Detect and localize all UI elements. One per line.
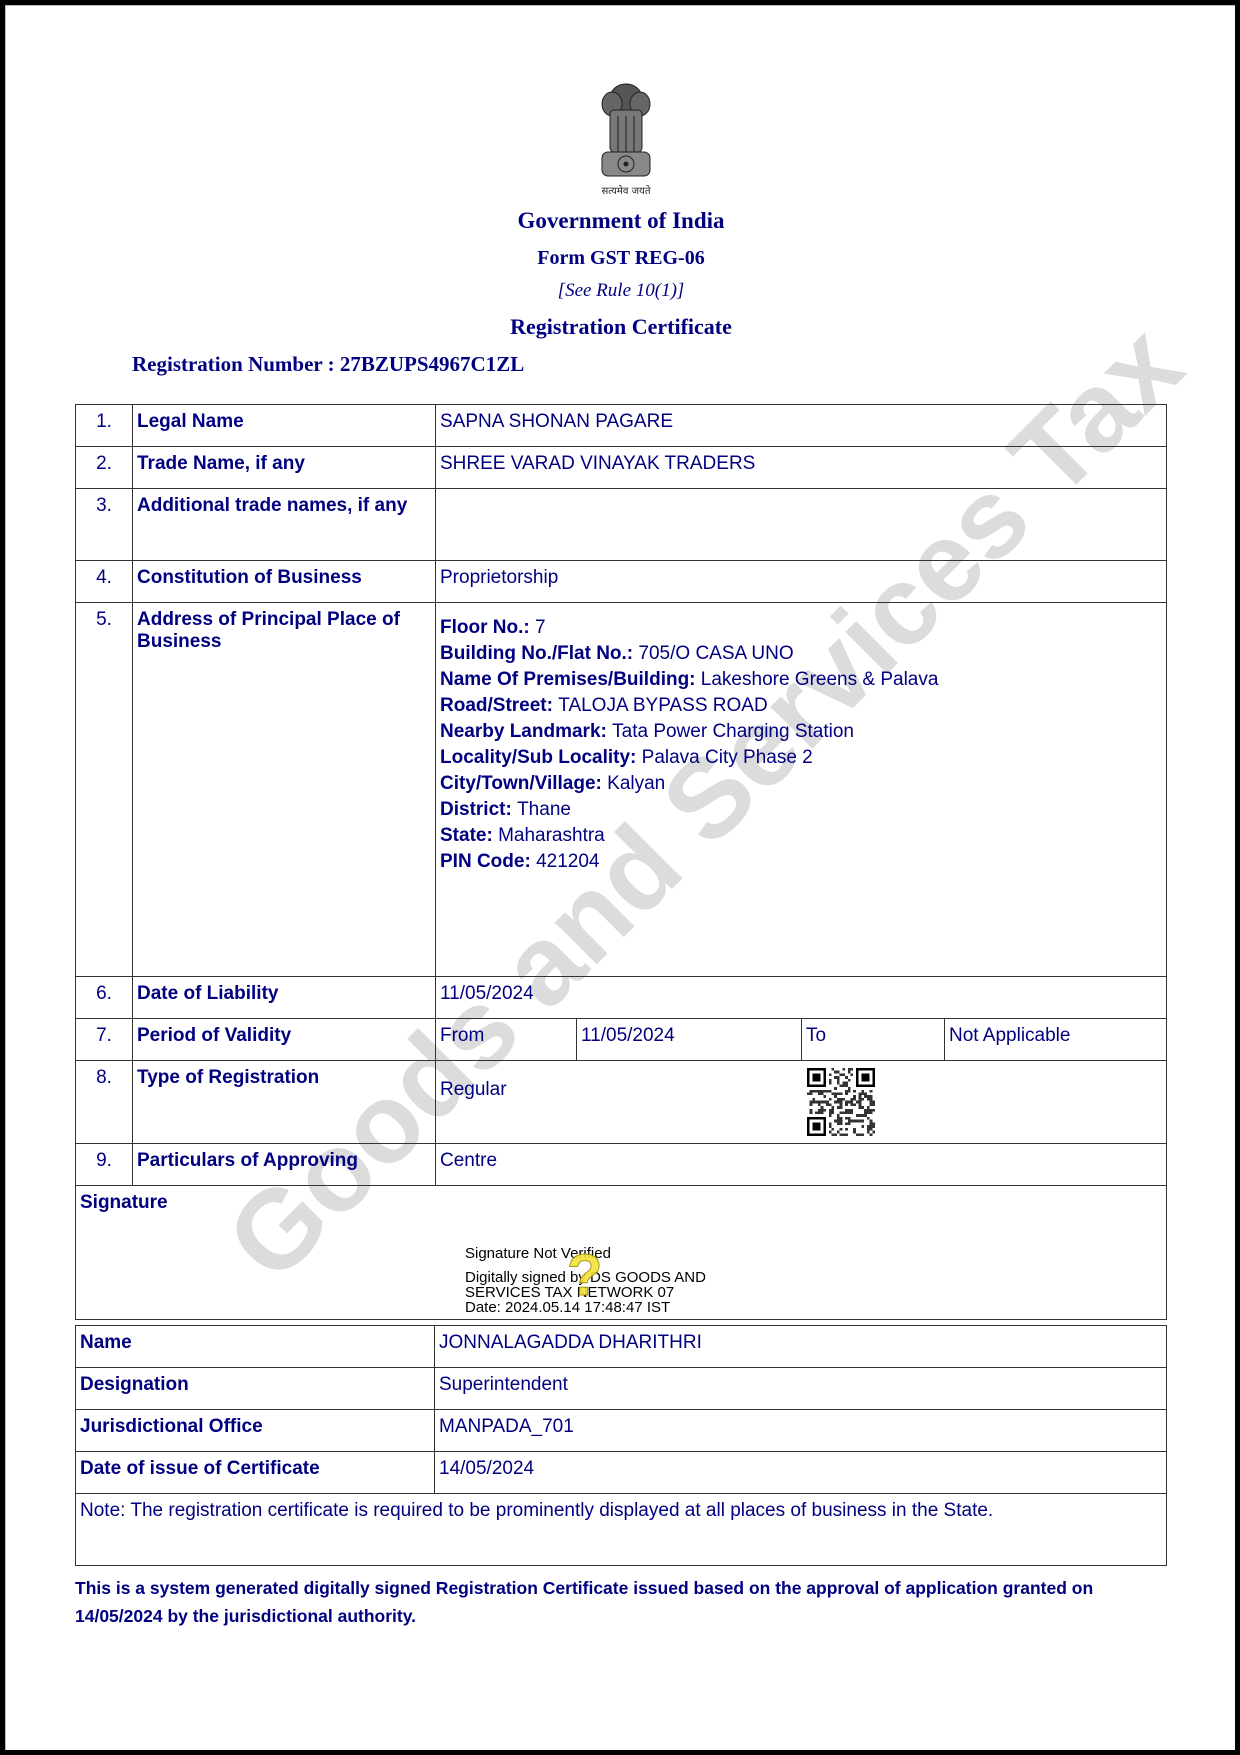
row-label: Address of Principal Place of Business [133,603,436,977]
approving-authority-value: Centre [436,1144,1167,1186]
note-row: Note: The registration certificate is re… [76,1494,1167,1566]
system-generated-notice: This is a system generated digitally sig… [75,1574,1167,1630]
address-line: District: Thane [440,797,1162,823]
address-line: Building No./Flat No.: 705/O CASA UNO [440,641,1162,667]
constitution-value: Proprietorship [436,561,1167,603]
government-heading: Government of India [6,208,1235,234]
table-row: Name JONNALAGADDA DHARITHRI [76,1326,1167,1368]
svg-text:सत्यमेव जयते: सत्यमेव जयते [601,185,650,197]
address-line: PIN Code: 421204 [440,849,1162,875]
table-row: Designation Superintendent [76,1368,1167,1410]
table-row: 9. Particulars of Approving Centre [76,1144,1167,1186]
row-label: Legal Name [133,405,436,447]
signature-label: Signature [80,1192,168,1213]
trade-name-value: SHREE VARAD VINAYAK TRADERS [436,447,1167,489]
row-label: Type of Registration [133,1061,436,1144]
row-label: Particulars of Approving [133,1144,436,1186]
table-row: 3. Additional trade names, if any [76,489,1167,561]
address-line: City/Town/Village: Kalyan [440,771,1162,797]
address-line: Nearby Landmark: Tata Power Charging Sta… [440,719,1162,745]
validity-from-value: 11/05/2024 [577,1019,802,1061]
table-row: 5. Address of Principal Place of Busines… [76,603,1167,977]
table-row: 1. Legal Name SAPNA SHONAN PAGARE [76,405,1167,447]
officer-name: JONNALAGADDA DHARITHRI [435,1326,1167,1368]
national-emblem-icon: सत्यमेव जयते [588,76,664,200]
registration-number: Registration Number : 27BZUPS4967C1ZL [132,352,524,377]
address-line: State: Maharashtra [440,823,1162,849]
row-label: Period of Validity [133,1019,436,1061]
row-label: Trade Name, if any [133,447,436,489]
jurisdictional-office: MANPADA_701 [435,1410,1167,1452]
display-note: Note: The registration certificate is re… [76,1494,1167,1566]
validity-from-label: From [436,1019,577,1061]
table-row: 4. Constitution of Business Proprietorsh… [76,561,1167,603]
address-value: Floor No.: 7Building No./Flat No.: 705/O… [436,603,1167,977]
certificate-title: Registration Certificate [6,314,1235,340]
officer-details-table: Name JONNALAGADDA DHARITHRI Designation … [75,1325,1167,1566]
registration-details-table: 1. Legal Name SAPNA SHONAN PAGARE 2. Tra… [75,404,1167,1320]
date-of-liability-value: 11/05/2024 [436,977,1167,1019]
table-row: 7. Period of Validity From 11/05/2024 To… [76,1019,1167,1061]
address-line: Floor No.: 7 [440,615,1162,641]
table-row: Jurisdictional Office MANPADA_701 [76,1410,1167,1452]
address-line: Locality/Sub Locality: Palava City Phase… [440,745,1162,771]
additional-trade-names-value [436,489,1167,561]
rule-reference: [See Rule 10(1)] [6,280,1235,302]
officer-designation: Superintendent [435,1368,1167,1410]
validity-to-label: To [802,1019,945,1061]
registration-type-value: Regular [436,1061,1167,1144]
row-label: Constitution of Business [133,561,436,603]
question-mark-icon: ? [567,1242,602,1309]
address-line: Road/Street: TALOJA BYPASS ROAD [440,693,1162,719]
table-row: 6. Date of Liability 11/05/2024 [76,977,1167,1019]
legal-name-value: SAPNA SHONAN PAGARE [436,405,1167,447]
form-heading: Form GST REG-06 [6,247,1235,270]
row-label: Additional trade names, if any [133,489,436,561]
qr-code-icon [807,1068,875,1136]
validity-to-value: Not Applicable [945,1019,1167,1061]
address-line: Name Of Premises/Building: Lakeshore Gre… [440,667,1162,693]
row-label: Date of Liability [133,977,436,1019]
table-row: 8. Type of Registration Regular [76,1061,1167,1144]
table-row: Date of issue of Certificate 14/05/2024 [76,1452,1167,1494]
certificate-page: Goods and Services Tax सत्यमेव जयते Gove… [5,5,1235,1750]
table-row: 2. Trade Name, if any SHREE VARAD VINAYA… [76,447,1167,489]
issue-date: 14/05/2024 [435,1452,1167,1494]
